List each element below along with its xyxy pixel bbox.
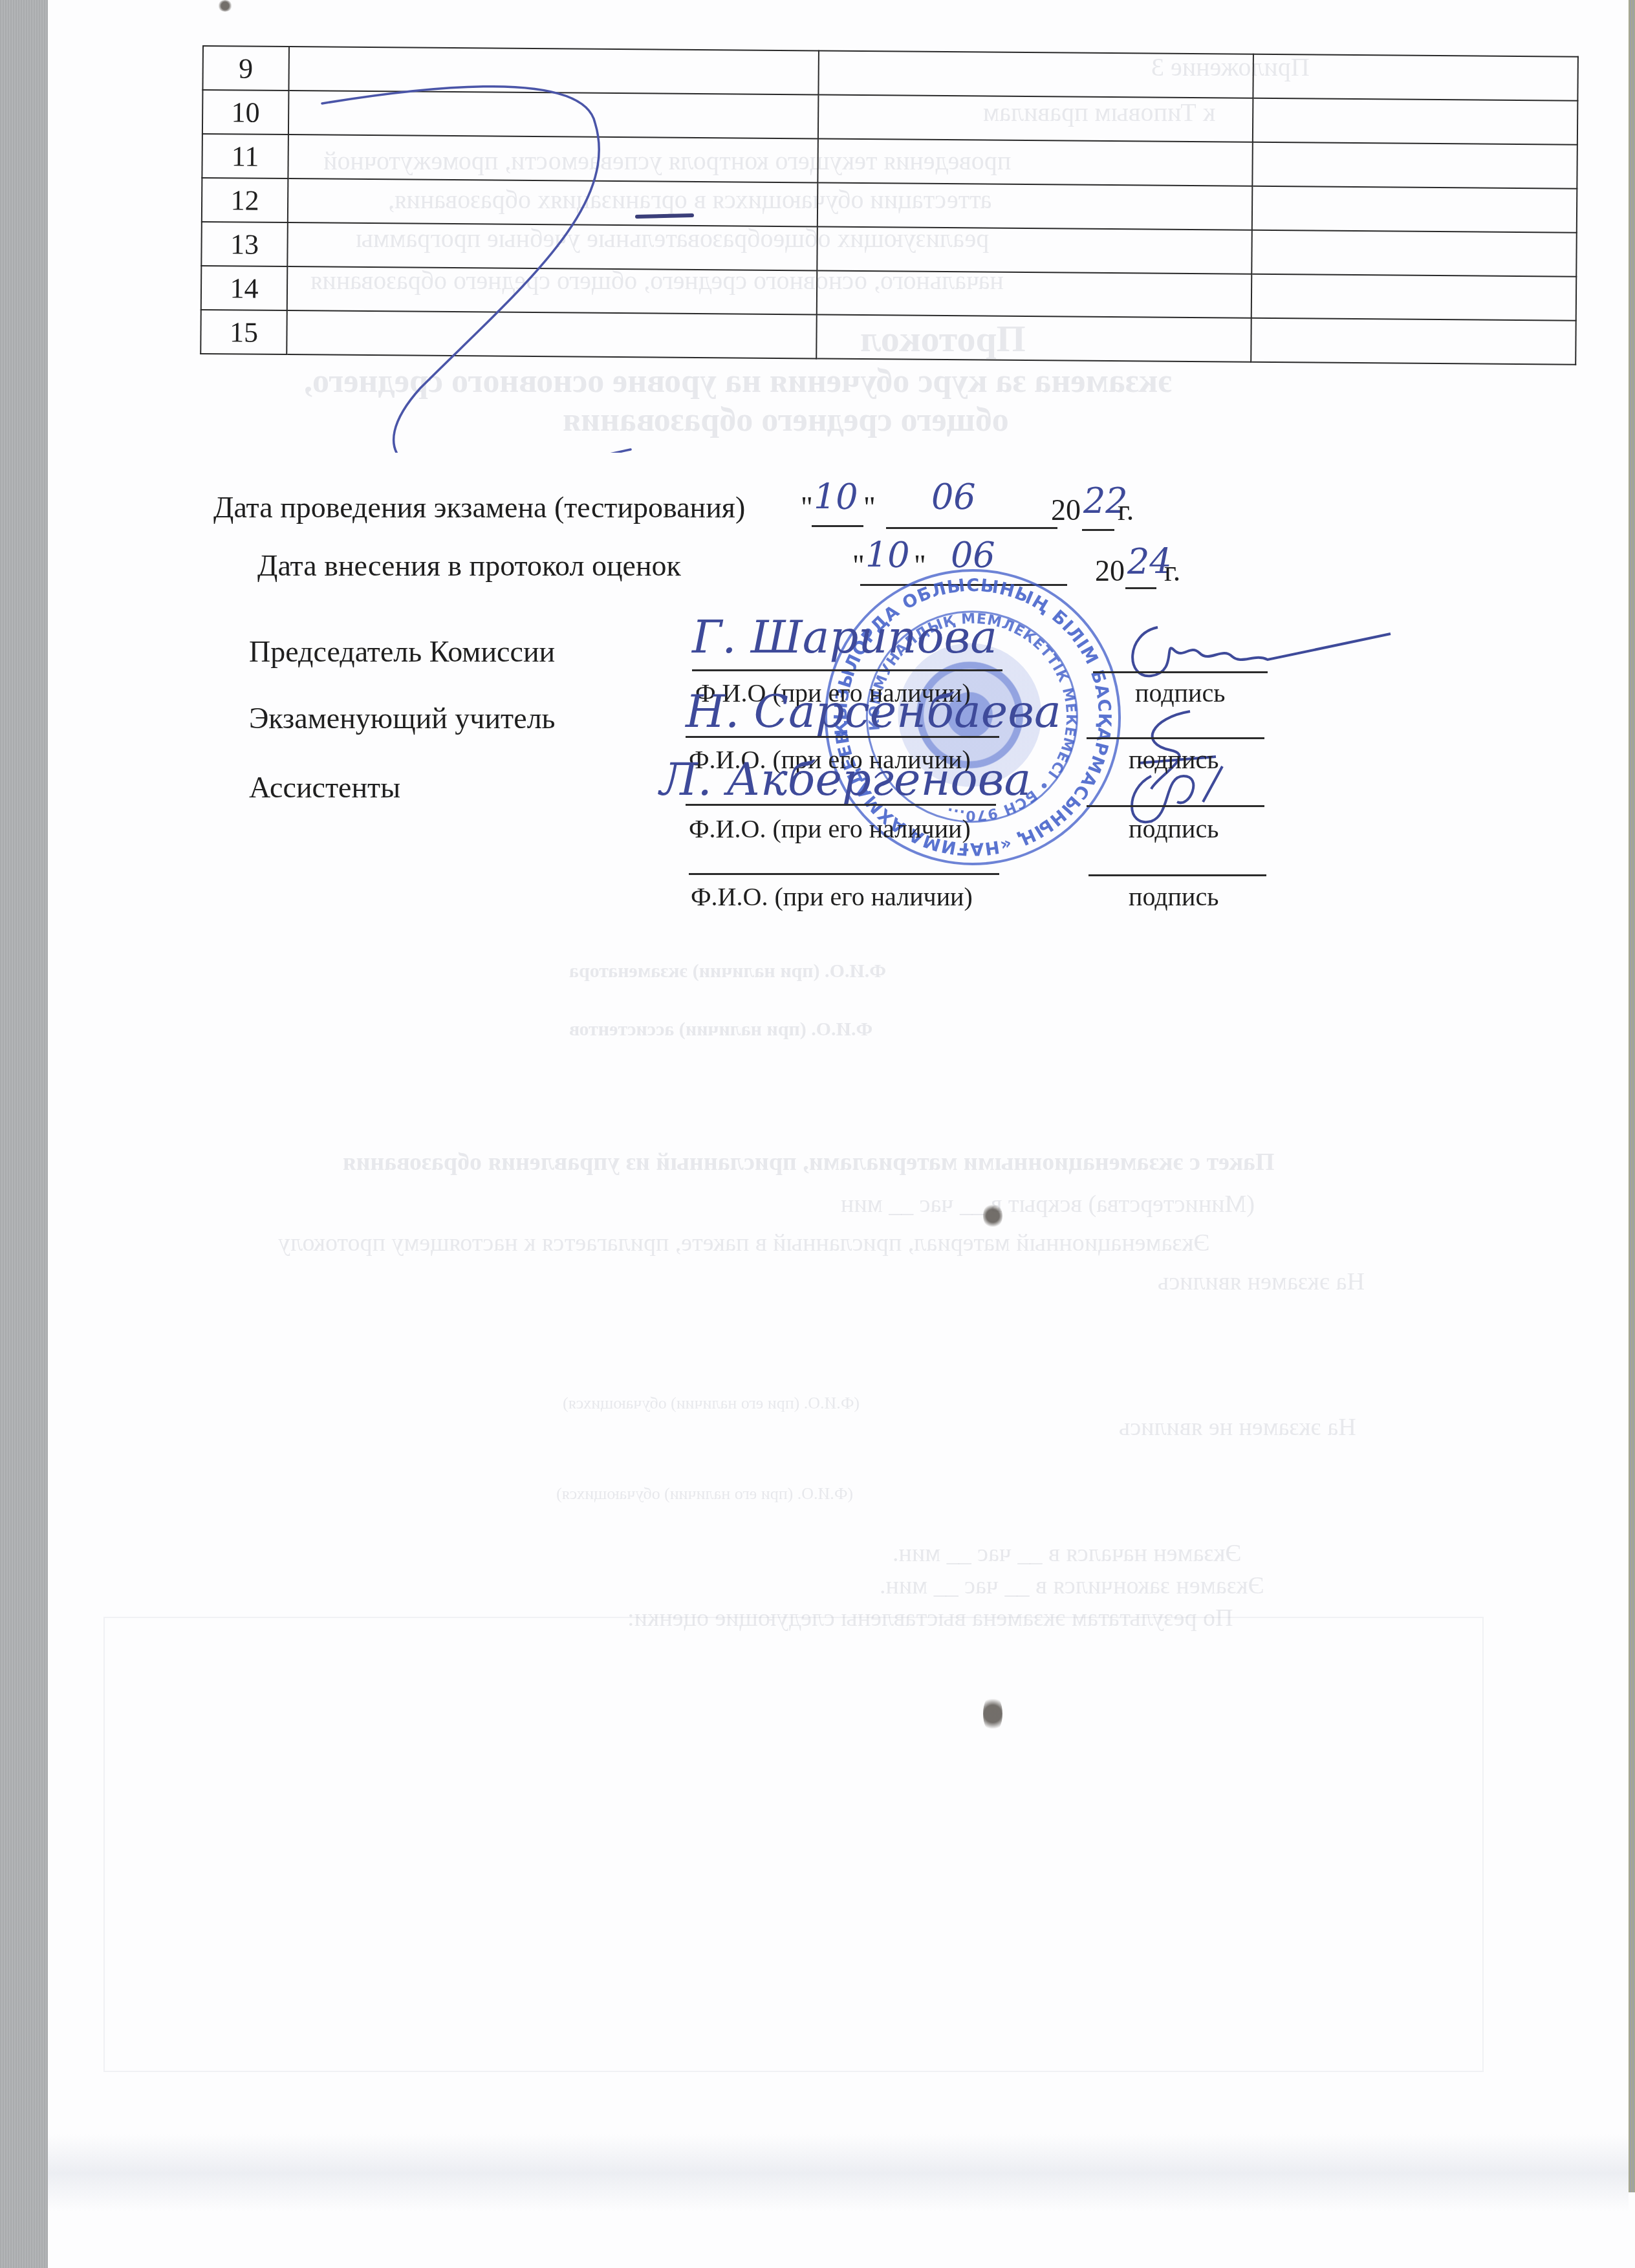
teacher-sign-line [1087,737,1264,739]
assistant-1-sign-line [1087,805,1264,807]
ghost-line: Экзамен закончился в __ час __ мин. [880,1571,1264,1600]
ghost-line: На экзамен не явились [1119,1413,1356,1442]
ghost-line: На экзамен явились [1158,1268,1365,1296]
protocol-date-day[interactable]: 10 [865,538,910,573]
dust-spot [983,1203,1002,1229]
ghost-line: Экзаменационный материал, присланный в п… [278,1229,1210,1257]
assistant-1-sign-caption: подпись [1129,816,1218,842]
chairman-sign-line [1093,671,1268,673]
ghost-line: (Министерства) вскрыт в __ час __ мин [841,1190,1255,1218]
protocol-date-label: Дата внесения в протокол оценок [257,551,681,581]
month-underline [886,527,1057,529]
ghost-line: Ф.И.О. (при наличии) экзаменатора [569,960,886,982]
exam-date-label: Дата проведения экзамена (тестирования) [213,493,745,523]
ghost-line: Экзамен начался в __ час __ мин. [893,1539,1241,1568]
assistant-2-sign-line[interactable] [1088,874,1266,876]
chairman-name[interactable]: Г. Шарипова [692,614,997,660]
assistant-2-sign-caption: подпись [1129,884,1218,910]
assistant-1-name-line [686,804,996,806]
ghost-line: Ф.И.О. (при наличии) ассистентов [569,1019,872,1041]
scan-shade [48,2134,1629,2212]
year-suffix: г. [1164,556,1180,586]
strike-through-z-mark [0,0,1635,453]
year-underline [1082,529,1114,531]
day-underline [812,525,863,527]
ghost-line: Пакет с экзаменационными материалами, пр… [343,1148,1275,1176]
teacher-name-line [686,736,999,738]
ghost-line: (Ф.И.О. (при его наличии) обучающихся) [563,1394,860,1413]
exam-date-month[interactable]: 06 [931,480,976,515]
assistants-role-label: Ассистенты [249,773,400,803]
ghost-table [103,1617,1484,2072]
quote-close: " [863,493,876,523]
assistant-2-name-caption: Ф.И.О. (при его наличии) [691,884,973,910]
chairman-role-label: Председатель Комиссии [249,637,555,667]
chairman-name-line [692,669,1002,671]
year-prefix: 20 [1051,495,1081,525]
year-suffix: г. [1118,495,1134,525]
teacher-role-label: Экзаменующий учитель [249,704,556,733]
assistant-1-name-caption: Ф.И.О. (при его наличии) [689,816,971,842]
chairman-sign-caption: подпись [1135,680,1225,706]
assistant-1-name[interactable]: Л. Акбергенова [660,757,1031,802]
dust-spot [983,1694,1002,1733]
assistant-2-name-line[interactable] [689,873,999,875]
teacher-name[interactable]: Н. Сарсенбаева [686,689,1061,734]
year-underline [1125,587,1156,589]
chairman-signature[interactable] [1112,614,1403,686]
quote-open: " [801,493,813,523]
ghost-line: (Ф.И.О. (при его наличии) обучающихся) [556,1484,853,1504]
quote-close: " [914,551,926,581]
exam-date-day[interactable]: 10 [814,480,858,515]
quote-open: " [852,551,865,581]
